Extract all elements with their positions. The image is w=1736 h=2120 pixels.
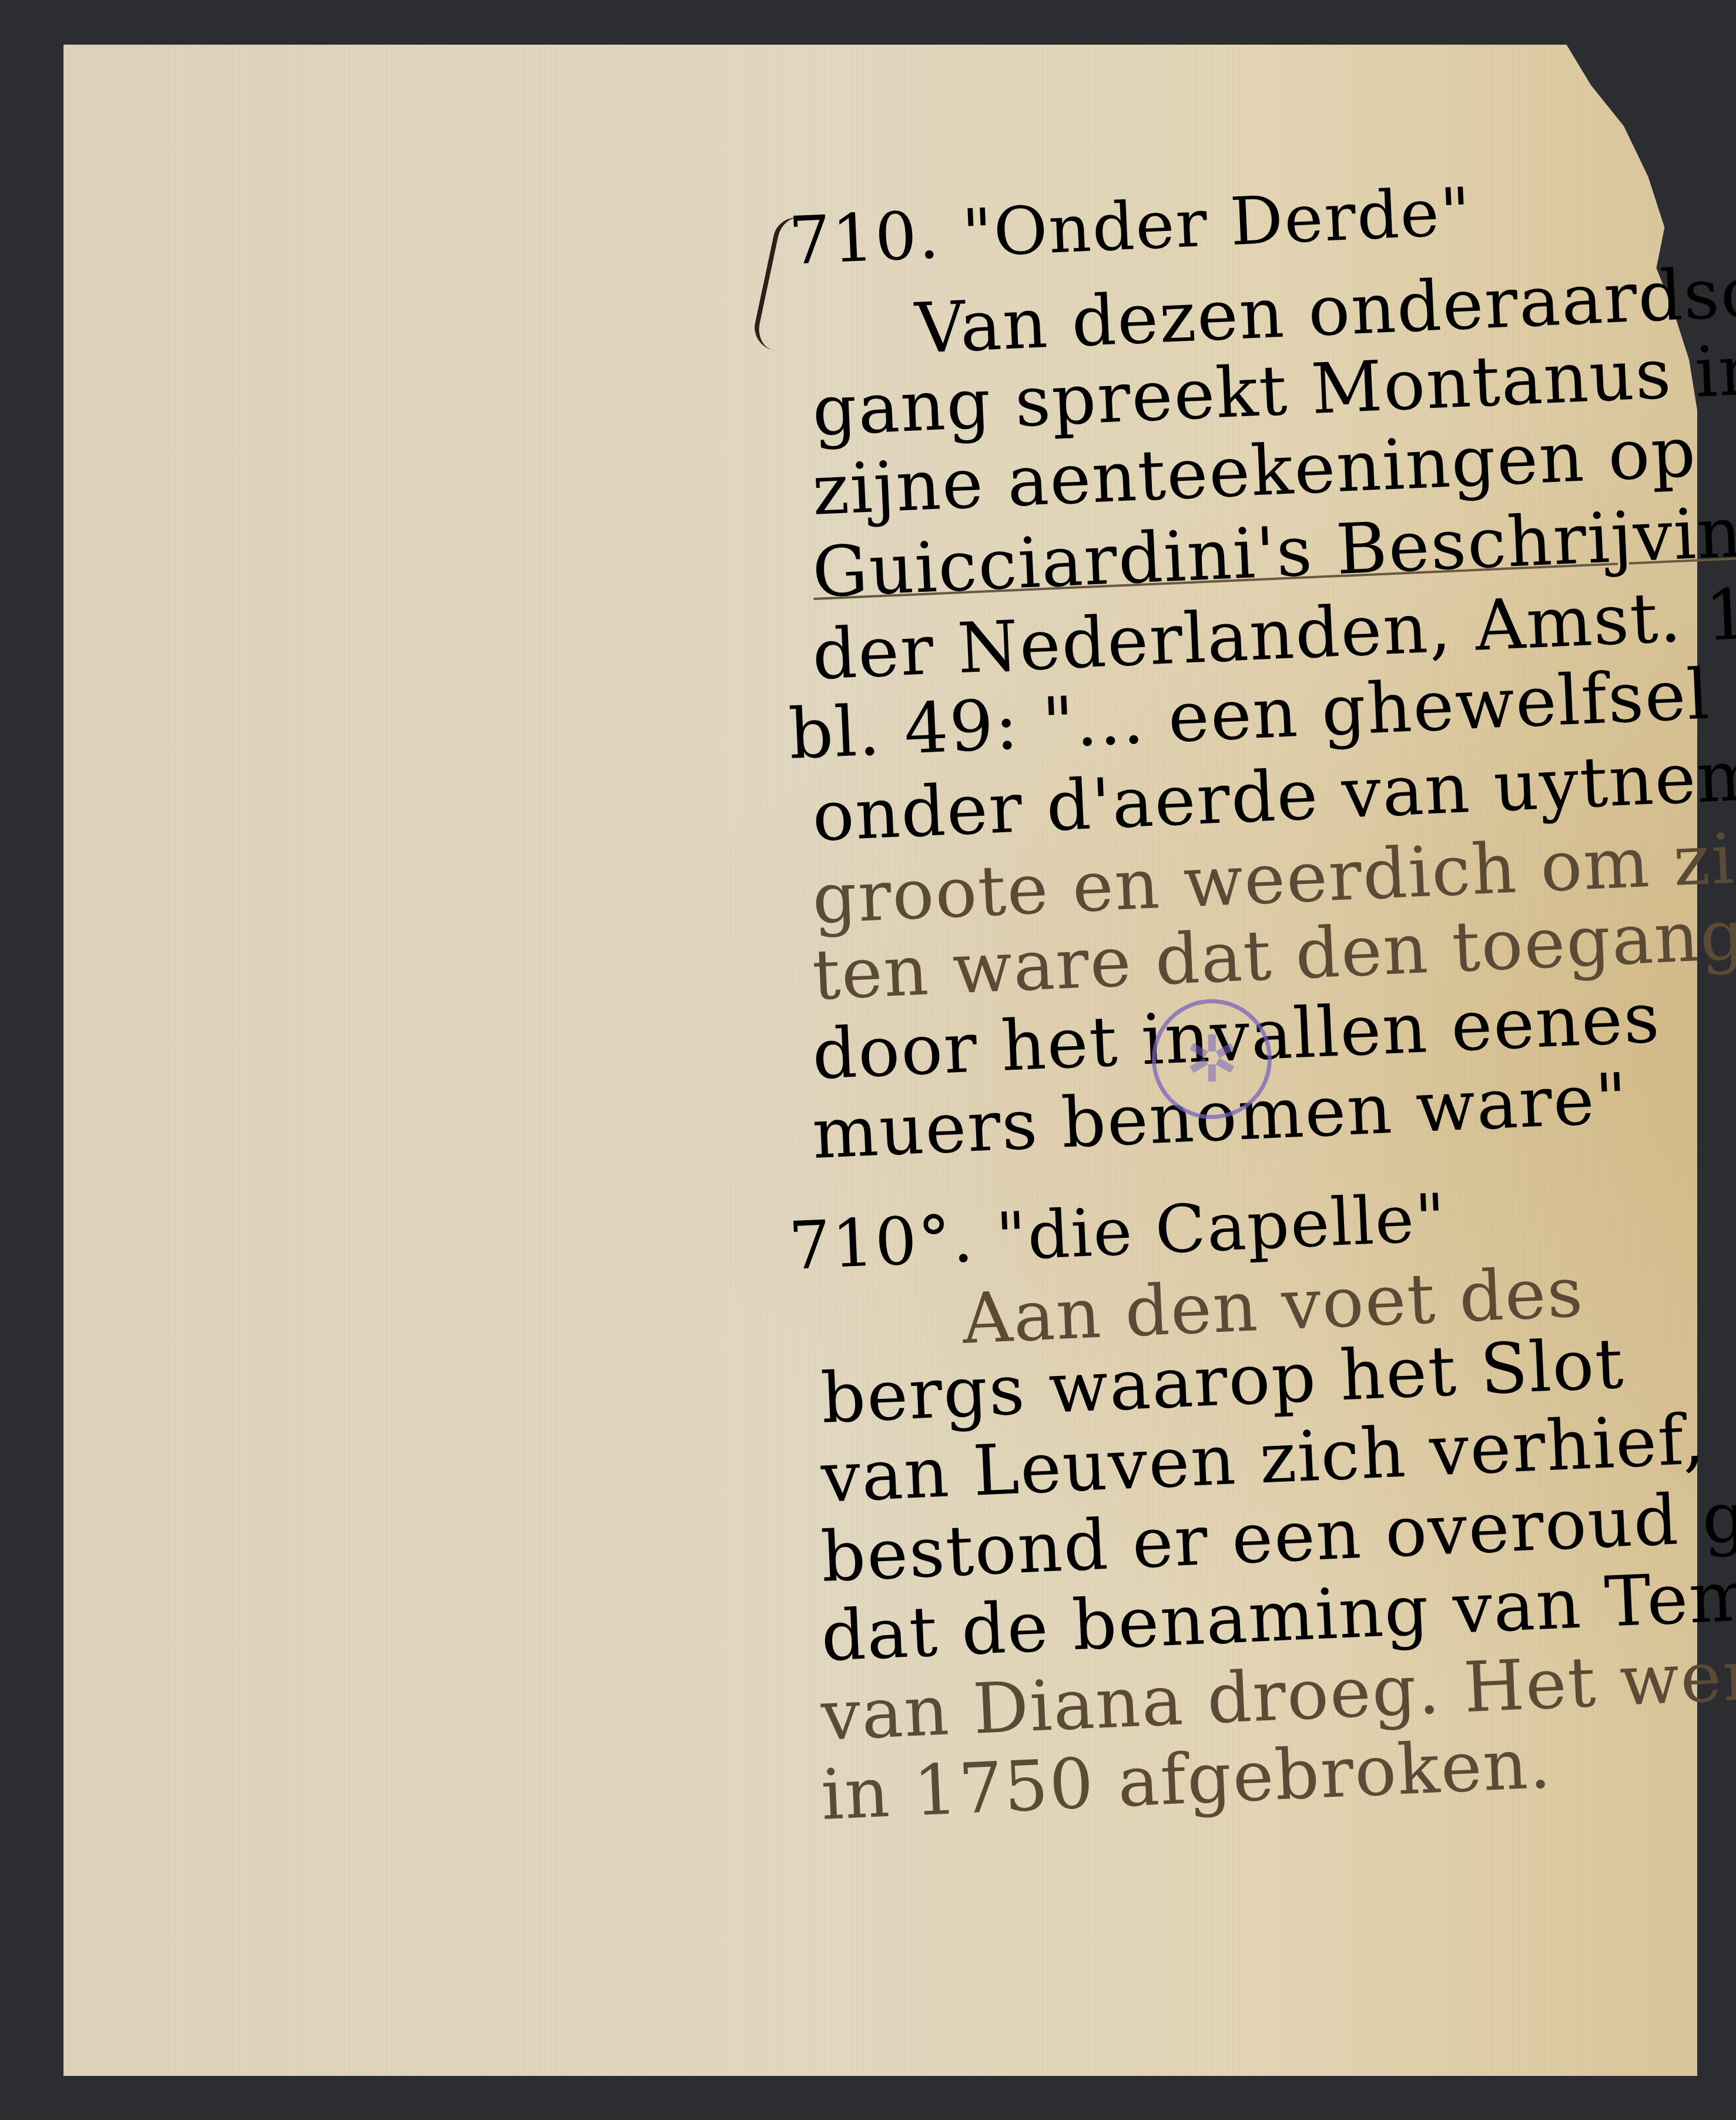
entry-number: 710.: [787, 197, 942, 280]
entry-number: 710°.: [787, 1200, 976, 1285]
library-stamp: ✲: [1152, 999, 1272, 1119]
insect-emblem-icon: ✲: [1185, 1022, 1239, 1097]
